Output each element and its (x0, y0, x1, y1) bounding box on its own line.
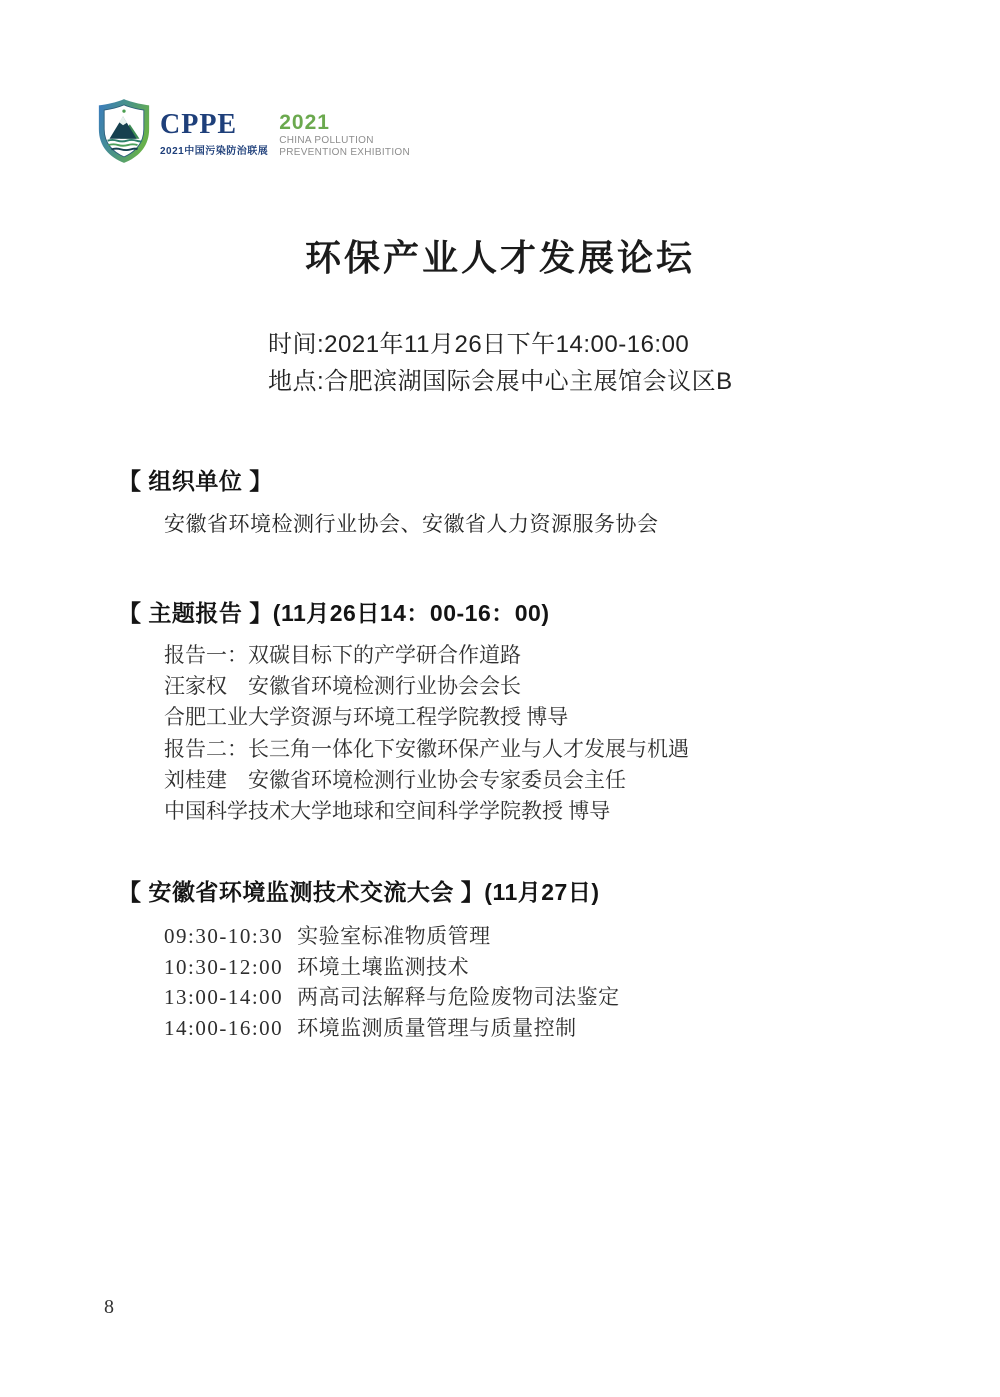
section-heading-keynote-reports: 【 主题报告 】(11月26日14：00-16：00) (118, 595, 550, 628)
schedule-time: 10:30-12:00 (164, 952, 283, 983)
cppe-logo: CPPE 2021中国污染防治联展 2021 CHINA POLLUTION P… (95, 98, 410, 164)
schedule-row: 10:30-12:00 环境土壤监测技术 (164, 952, 620, 983)
schedule-topic: 实验室标准物质管理 (297, 921, 491, 952)
logo-tagline-en-line2: PREVENTION EXHIBITION (279, 147, 410, 159)
schedule-row: 14:00-16:00 环境监测质量管理与质量控制 (164, 1013, 620, 1044)
schedule-time: 14:00-16:00 (164, 1013, 283, 1044)
report-line: 合肥工业大学资源与环境工程学院教授 博导 (164, 702, 689, 733)
shield-logo-icon (95, 98, 153, 164)
organizers-body: 安徽省环境检测行业协会、安徽省人力资源服务协会 (164, 508, 659, 538)
logo-year: 2021 (279, 114, 410, 131)
page-title: 环保产业人才发展论坛 (0, 230, 1000, 281)
schedule-row: 09:30-10:30 实验室标准物质管理 (164, 921, 620, 952)
schedule-time: 09:30-10:30 (164, 921, 283, 952)
logo-tagline-cn: 2021中国污染防治联展 (160, 142, 268, 157)
program-page: CPPE 2021中国污染防治联展 2021 CHINA POLLUTION P… (0, 0, 1000, 1397)
schedule-topic: 两高司法解释与危险废物司法鉴定 (297, 982, 620, 1013)
logo-acronym: CPPE (160, 113, 268, 137)
logo-text: CPPE 2021中国污染防治联展 2021 CHINA POLLUTION P… (160, 113, 410, 158)
schedule-topic: 环境土壤监测技术 (297, 952, 469, 983)
report-line: 刘桂建 安徽省环境检测行业协会专家委员会主任 (164, 765, 689, 796)
report-line: 中国科学技术大学地球和空间科学学院教授 博导 (164, 796, 689, 827)
report-line: 报告二：长三角一体化下安徽环保产业与人才发展与机遇 (164, 734, 689, 765)
logo-tagline-en-line1: CHINA POLLUTION (279, 135, 410, 147)
report-line: 汪家权 安徽省环境检测行业协会会长 (164, 671, 689, 702)
event-meta: 时间:2021年11月26日下午14:00-16:00 地点:合肥滨湖国际会展中… (268, 326, 733, 400)
event-location: 地点:合肥滨湖国际会展中心主展馆会议区B (268, 363, 733, 400)
schedule-topic: 环境监测质量管理与质量控制 (297, 1013, 577, 1044)
report-line: 报告一：双碳目标下的产学研合作道路 (164, 640, 689, 671)
event-time: 时间:2021年11月26日下午14:00-16:00 (268, 326, 733, 363)
section-heading-organizers: 【 组织单位 】 (118, 463, 273, 496)
schedule-row: 13:00-14:00 两高司法解释与危险废物司法鉴定 (164, 982, 620, 1013)
schedule-time: 13:00-14:00 (164, 982, 283, 1013)
conference-schedule: 09:30-10:30 实验室标准物质管理 10:30-12:00 环境土壤监测… (164, 921, 620, 1043)
keynote-report-list: 报告一：双碳目标下的产学研合作道路 汪家权 安徽省环境检测行业协会会长 合肥工业… (164, 640, 689, 827)
page-number: 8 (104, 1296, 114, 1319)
section-heading-monitoring-conference: 【 安徽省环境监测技术交流大会 】(11月27日) (118, 874, 600, 907)
